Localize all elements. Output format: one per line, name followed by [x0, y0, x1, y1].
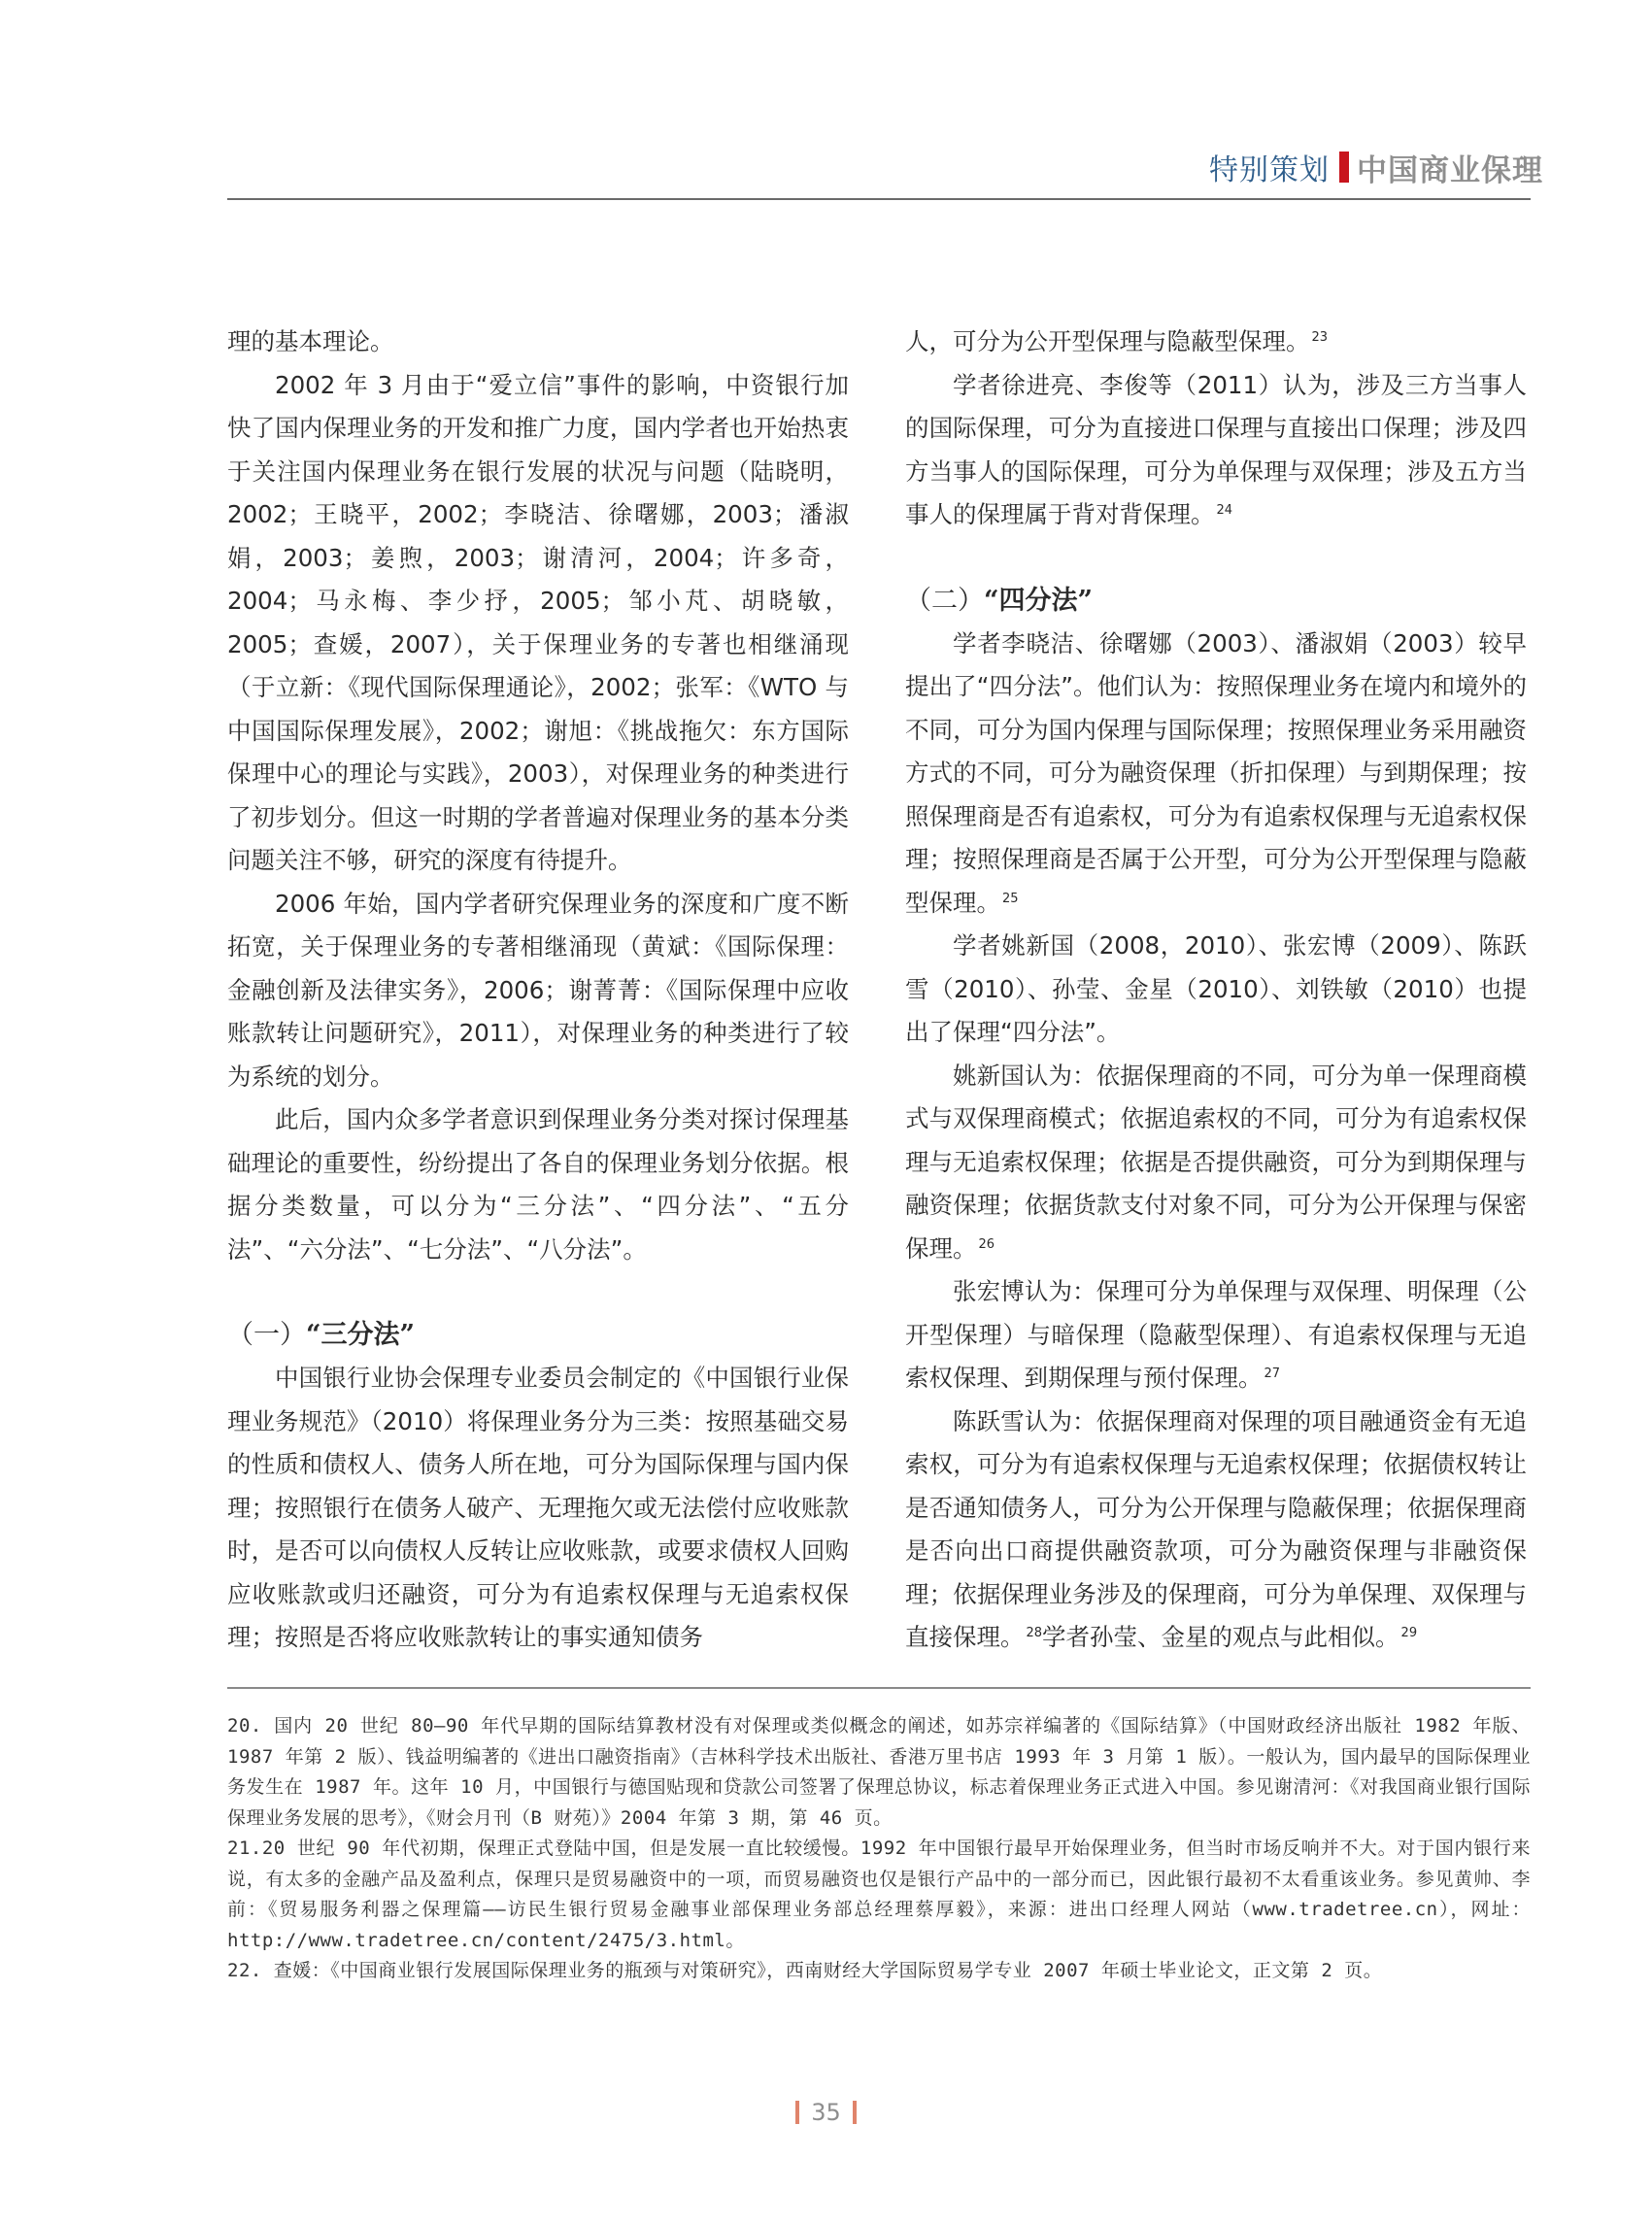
paragraph: 此后，国内众多学者意识到保理业务分类对探讨保理基础理论的重要性，纷纷提出了各自的… [227, 1098, 849, 1271]
footnote-21: 21.20 世纪 90 年代初期，保理正式登陆中国，但是发展一直比较缓慢。199… [227, 1834, 1531, 1956]
footnote-divider [227, 1687, 1531, 1689]
footnote-ref[interactable]: 25 [1002, 892, 1019, 906]
section-label: 特别策划 [1209, 146, 1330, 188]
paragraph: 人，可分为公开型保理与隐蔽型保理。23 [905, 320, 1527, 364]
page-number-bar-right [853, 2101, 857, 2124]
paragraph: 学者徐进亮、李俊等（2011）认为，涉及三方当事人的国际保理，可分为直接进口保理… [905, 364, 1527, 537]
paragraph: 张宏博认为：保理可分为单保理与双保理、明保理（公开型保理）与暗保理（隐蔽型保理）… [905, 1270, 1527, 1400]
footnote-ref[interactable]: 27 [1264, 1366, 1281, 1381]
header-divider [227, 198, 1531, 200]
spacer [905, 537, 1527, 580]
footnote-ref[interactable]: 26 [979, 1237, 995, 1252]
footnote-20: 20. 国内 20 世纪 80—90 年代早期的国际结算教材没有对保理或类似概念… [227, 1711, 1531, 1834]
footnote-ref[interactable]: 23 [1312, 330, 1329, 345]
running-header: 特别策划 中国商业保理 [1209, 146, 1543, 188]
paragraph: 姚新国认为：依据保理商的不同，可分为单一保理商模式与双保理商模式；依据追索权的不… [905, 1055, 1527, 1271]
right-column: 人，可分为公开型保理与隐蔽型保理。23 学者徐进亮、李俊等（2011）认为，涉及… [905, 320, 1527, 1660]
spacer [227, 1271, 849, 1314]
page-number: 35 [0, 2098, 1652, 2126]
footnote-ref[interactable]: 28 [1027, 1626, 1043, 1640]
paragraph: 2002 年 3 月由于“爱立信”事件的影响，中资银行加快了国内保理业务的开发和… [227, 364, 849, 883]
paragraph: 学者李晓洁、徐曙娜（2003）、潘淑娟（2003）较早提出了“四分法”。他们认为… [905, 623, 1527, 926]
section-heading-three-division: （一）“三分法” [227, 1314, 849, 1357]
paragraph: 2006 年始，国内学者研究保理业务的深度和广度不断拓宽，关于保理业务的专著相继… [227, 883, 849, 1099]
page-number-bar-left [795, 2101, 799, 2124]
footnote-22: 22. 查媛：《中国商业银行发展国际保理业务的瓶颈与对策研究》，西南财经大学国际… [227, 1956, 1531, 1987]
paragraph: 陈跃雪认为：依据保理商对保理的项目融通资金有无追索权，可分为有追索权保理与无追索… [905, 1400, 1527, 1660]
section-heading-four-division: （二）“四分法” [905, 580, 1527, 623]
header-accent-bar [1339, 152, 1349, 183]
footnote-ref[interactable]: 24 [1217, 503, 1233, 518]
paragraph: 中国银行业协会保理专业委员会制定的《中国银行业保理业务规范》（2010）将保理业… [227, 1357, 849, 1660]
paragraph: 学者姚新国（2008，2010）、张宏博（2009）、陈跃雪（2010）、孙莹、… [905, 925, 1527, 1055]
footnote-ref[interactable]: 29 [1401, 1626, 1418, 1640]
paragraph: 理的基本理论。 [227, 320, 849, 364]
left-column: 理的基本理论。 2002 年 3 月由于“爱立信”事件的影响，中资银行加快了国内… [227, 320, 849, 1660]
footnotes: 20. 国内 20 世纪 80—90 年代早期的国际结算教材没有对保理或类似概念… [227, 1711, 1531, 1987]
column-title: 中国商业保理 [1357, 146, 1543, 189]
